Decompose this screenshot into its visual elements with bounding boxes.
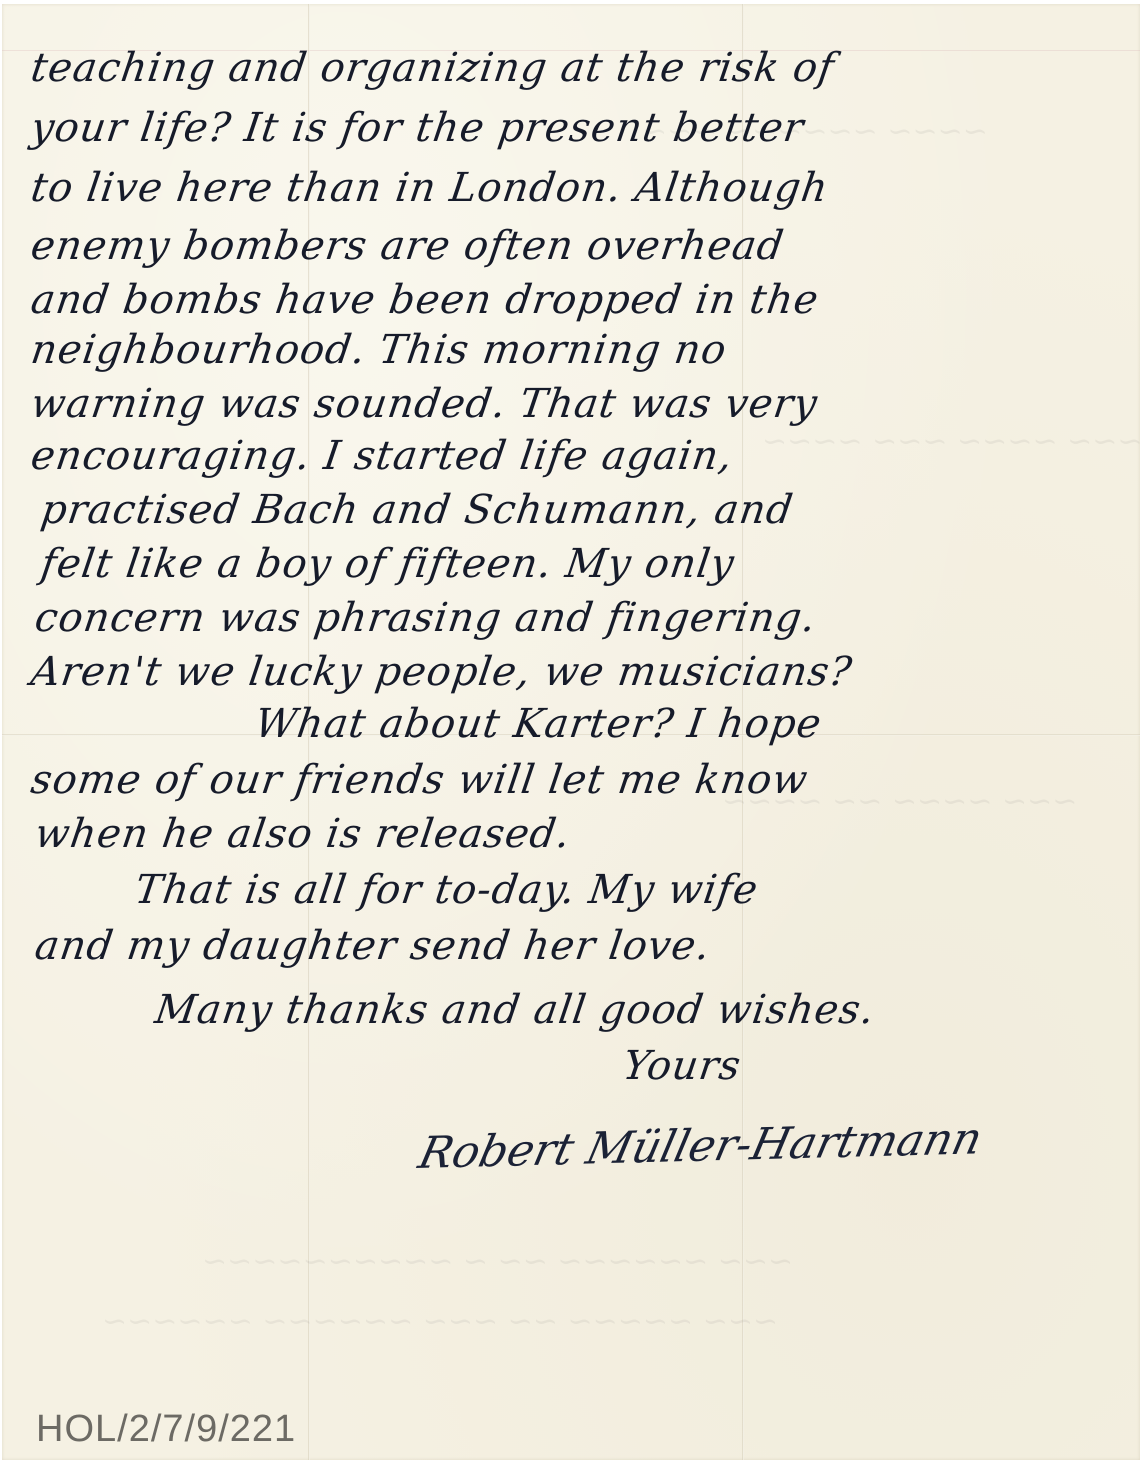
letter-line: to live here than in London. Although bbox=[28, 164, 832, 212]
letter-line: practised Bach and Schumann, and bbox=[38, 486, 796, 534]
letter-line: when he also is released. bbox=[32, 810, 574, 858]
letter-line: Aren't we lucky people, we musicians? bbox=[28, 648, 855, 696]
reverse-side-bleed: ~~~ ~~~~~~ ~~ ~ ~~~~~~~~~~ bbox=[202, 1244, 793, 1279]
letter-line: warning was sounded. That was very bbox=[28, 380, 821, 428]
letter-line-indented: Many thanks and all good wishes. bbox=[152, 986, 878, 1034]
letter-line: neighbourhood. This morning no bbox=[28, 326, 730, 374]
letter-line: encouraging. I started life again, bbox=[28, 432, 736, 480]
letter-line: felt like a boy of fifteen. My only bbox=[38, 540, 738, 588]
letter-line: concern was phrasing and fingering. bbox=[32, 594, 819, 642]
letter-line-indented: That is all for to-day. My wife bbox=[132, 866, 761, 914]
closing: Yours bbox=[620, 1042, 744, 1090]
letter-line: enemy bombers are often overhead bbox=[28, 222, 787, 270]
letter-line: teaching and organizing at the risk of bbox=[28, 44, 838, 92]
archive-reference: HOL/2/7/9/221 bbox=[36, 1408, 296, 1451]
letter-line: and bombs have been dropped in the bbox=[28, 276, 822, 324]
letter-line: and my daughter send her love. bbox=[32, 922, 713, 970]
reverse-side-bleed: ~~~ ~~~~~ ~~ ~~~ ~~~~~~ ~~~~~~ bbox=[102, 1304, 778, 1339]
letter-page: ~~~~ ~~~~~~ ~~~ ~~~ ~~~~ ~~~ ~~~~ ~~~ ~~… bbox=[2, 4, 1140, 1460]
letter-line: your life? It is for the present better bbox=[28, 104, 807, 152]
reverse-side-bleed: ~~~ ~~~~ ~~~ ~~~~ bbox=[762, 424, 1140, 459]
signature: Robert Müller-Hartmann bbox=[414, 1113, 987, 1179]
letter-line-indented: What about Karter? I hope bbox=[252, 700, 825, 748]
letter-line: some of our friends will let me know bbox=[28, 756, 811, 804]
